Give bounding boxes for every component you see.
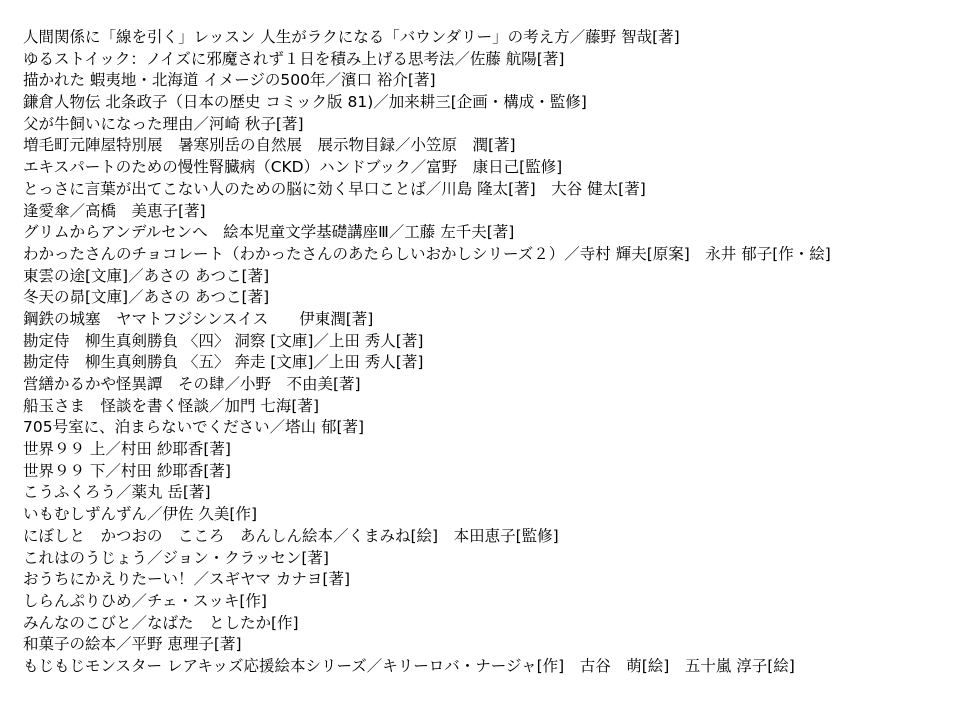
book-entry: 人間関係に「線を引く」レッスン 人生がラクになる「バウンダリー」の考え方／藤野 … [23, 27, 940, 49]
book-entry: 営繕かるかや怪異譚 その肆／小野 不由美[著] [23, 374, 940, 396]
book-entry: 世界９９ 上／村田 紗耶香[著] [23, 439, 940, 461]
book-entry: 鋼鉄の城塞 ヤマトフジシンスイス 伊東潤[著] [23, 309, 940, 331]
book-entry: しらんぷりひめ／チェ・スッキ[作] [23, 591, 940, 613]
book-entry: こうふくろう／薬丸 岳[著] [23, 482, 940, 504]
book-entry: 冬天の昴[文庫]／あさの あつこ[著] [23, 287, 940, 309]
book-title-list: 人間関係に「線を引く」レッスン 人生がラクになる「バウンダリー」の考え方／藤野 … [23, 27, 940, 678]
book-entry: みんなのこびと／なばた としたか[作] [23, 613, 940, 635]
book-entry: おうちにかえりたーい！／スギヤマ カナヨ[著] [23, 569, 940, 591]
book-entry: とっさに言葉が出てこない人のための脳に効く早口ことば／川島 隆太[著] 大谷 健… [23, 179, 940, 201]
book-entry: もじもじモンスター レアキッズ応援絵本シリーズ／キリーロバ・ナージャ[作] 古谷… [23, 656, 940, 678]
book-entry: にぼしと かつおの こころ あんしん絵本／くまみね[絵] 本田恵子[監修] [23, 526, 940, 548]
book-entry: 鎌倉人物伝 北条政子（日本の歴史 コミック版 81)／加来耕三[企画・構成・監修… [23, 92, 940, 114]
book-entry: いもむしずんずん／伊佐 久美[作] [23, 504, 940, 526]
book-entry: エキスパートのための慢性腎臓病（CKD）ハンドブック／富野 康日己[監修] [23, 157, 940, 179]
book-entry: 705号室に、泊まらないでください／塔山 郁[著] [23, 417, 940, 439]
book-entry: 描かれた 蝦夷地・北海道 イメージの500年／濱口 裕介[著] [23, 70, 940, 92]
book-entry: グリムからアンデルセンへ 絵本児童文学基礎講座Ⅲ／工藤 左千夫[著] [23, 222, 940, 244]
book-entry: ゆるストイック：ノイズに邪魔されず１日を積み上げる思考法／佐藤 航陽[著] [23, 49, 940, 71]
book-entry: 逢愛傘／高橋 美恵子[著] [23, 201, 940, 223]
book-entry: これはのうじょう／ジョン・クラッセン[著] [23, 548, 940, 570]
book-entry: 和菓子の絵本／平野 恵理子[著] [23, 634, 940, 656]
book-entry: 勘定侍 柳生真剣勝負 〈四〉 洞察 [文庫]／上田 秀人[著] [23, 331, 940, 353]
book-entry: 東雲の途[文庫]／あさの あつこ[著] [23, 266, 940, 288]
book-entry: 増毛町元陣屋特別展 暑寒別岳の自然展 展示物目録／小笠原 潤[著] [23, 135, 940, 157]
book-entry: 勘定侍 柳生真剣勝負 〈五〉 奔走 [文庫]／上田 秀人[著] [23, 352, 940, 374]
book-entry: 父が牛飼いになった理由／河崎 秋子[著] [23, 114, 940, 136]
book-entry: 世界９９ 下／村田 紗耶香[著] [23, 461, 940, 483]
book-entry: 船玉さま 怪談を書く怪談／加門 七海[著] [23, 396, 940, 418]
document-page: 人間関係に「線を引く」レッスン 人生がラクになる「バウンダリー」の考え方／藤野 … [0, 0, 960, 720]
book-entry: わかったさんのチョコレート（わかったさんのあたらしいおかしシリーズ２）／寺村 輝… [23, 244, 940, 266]
